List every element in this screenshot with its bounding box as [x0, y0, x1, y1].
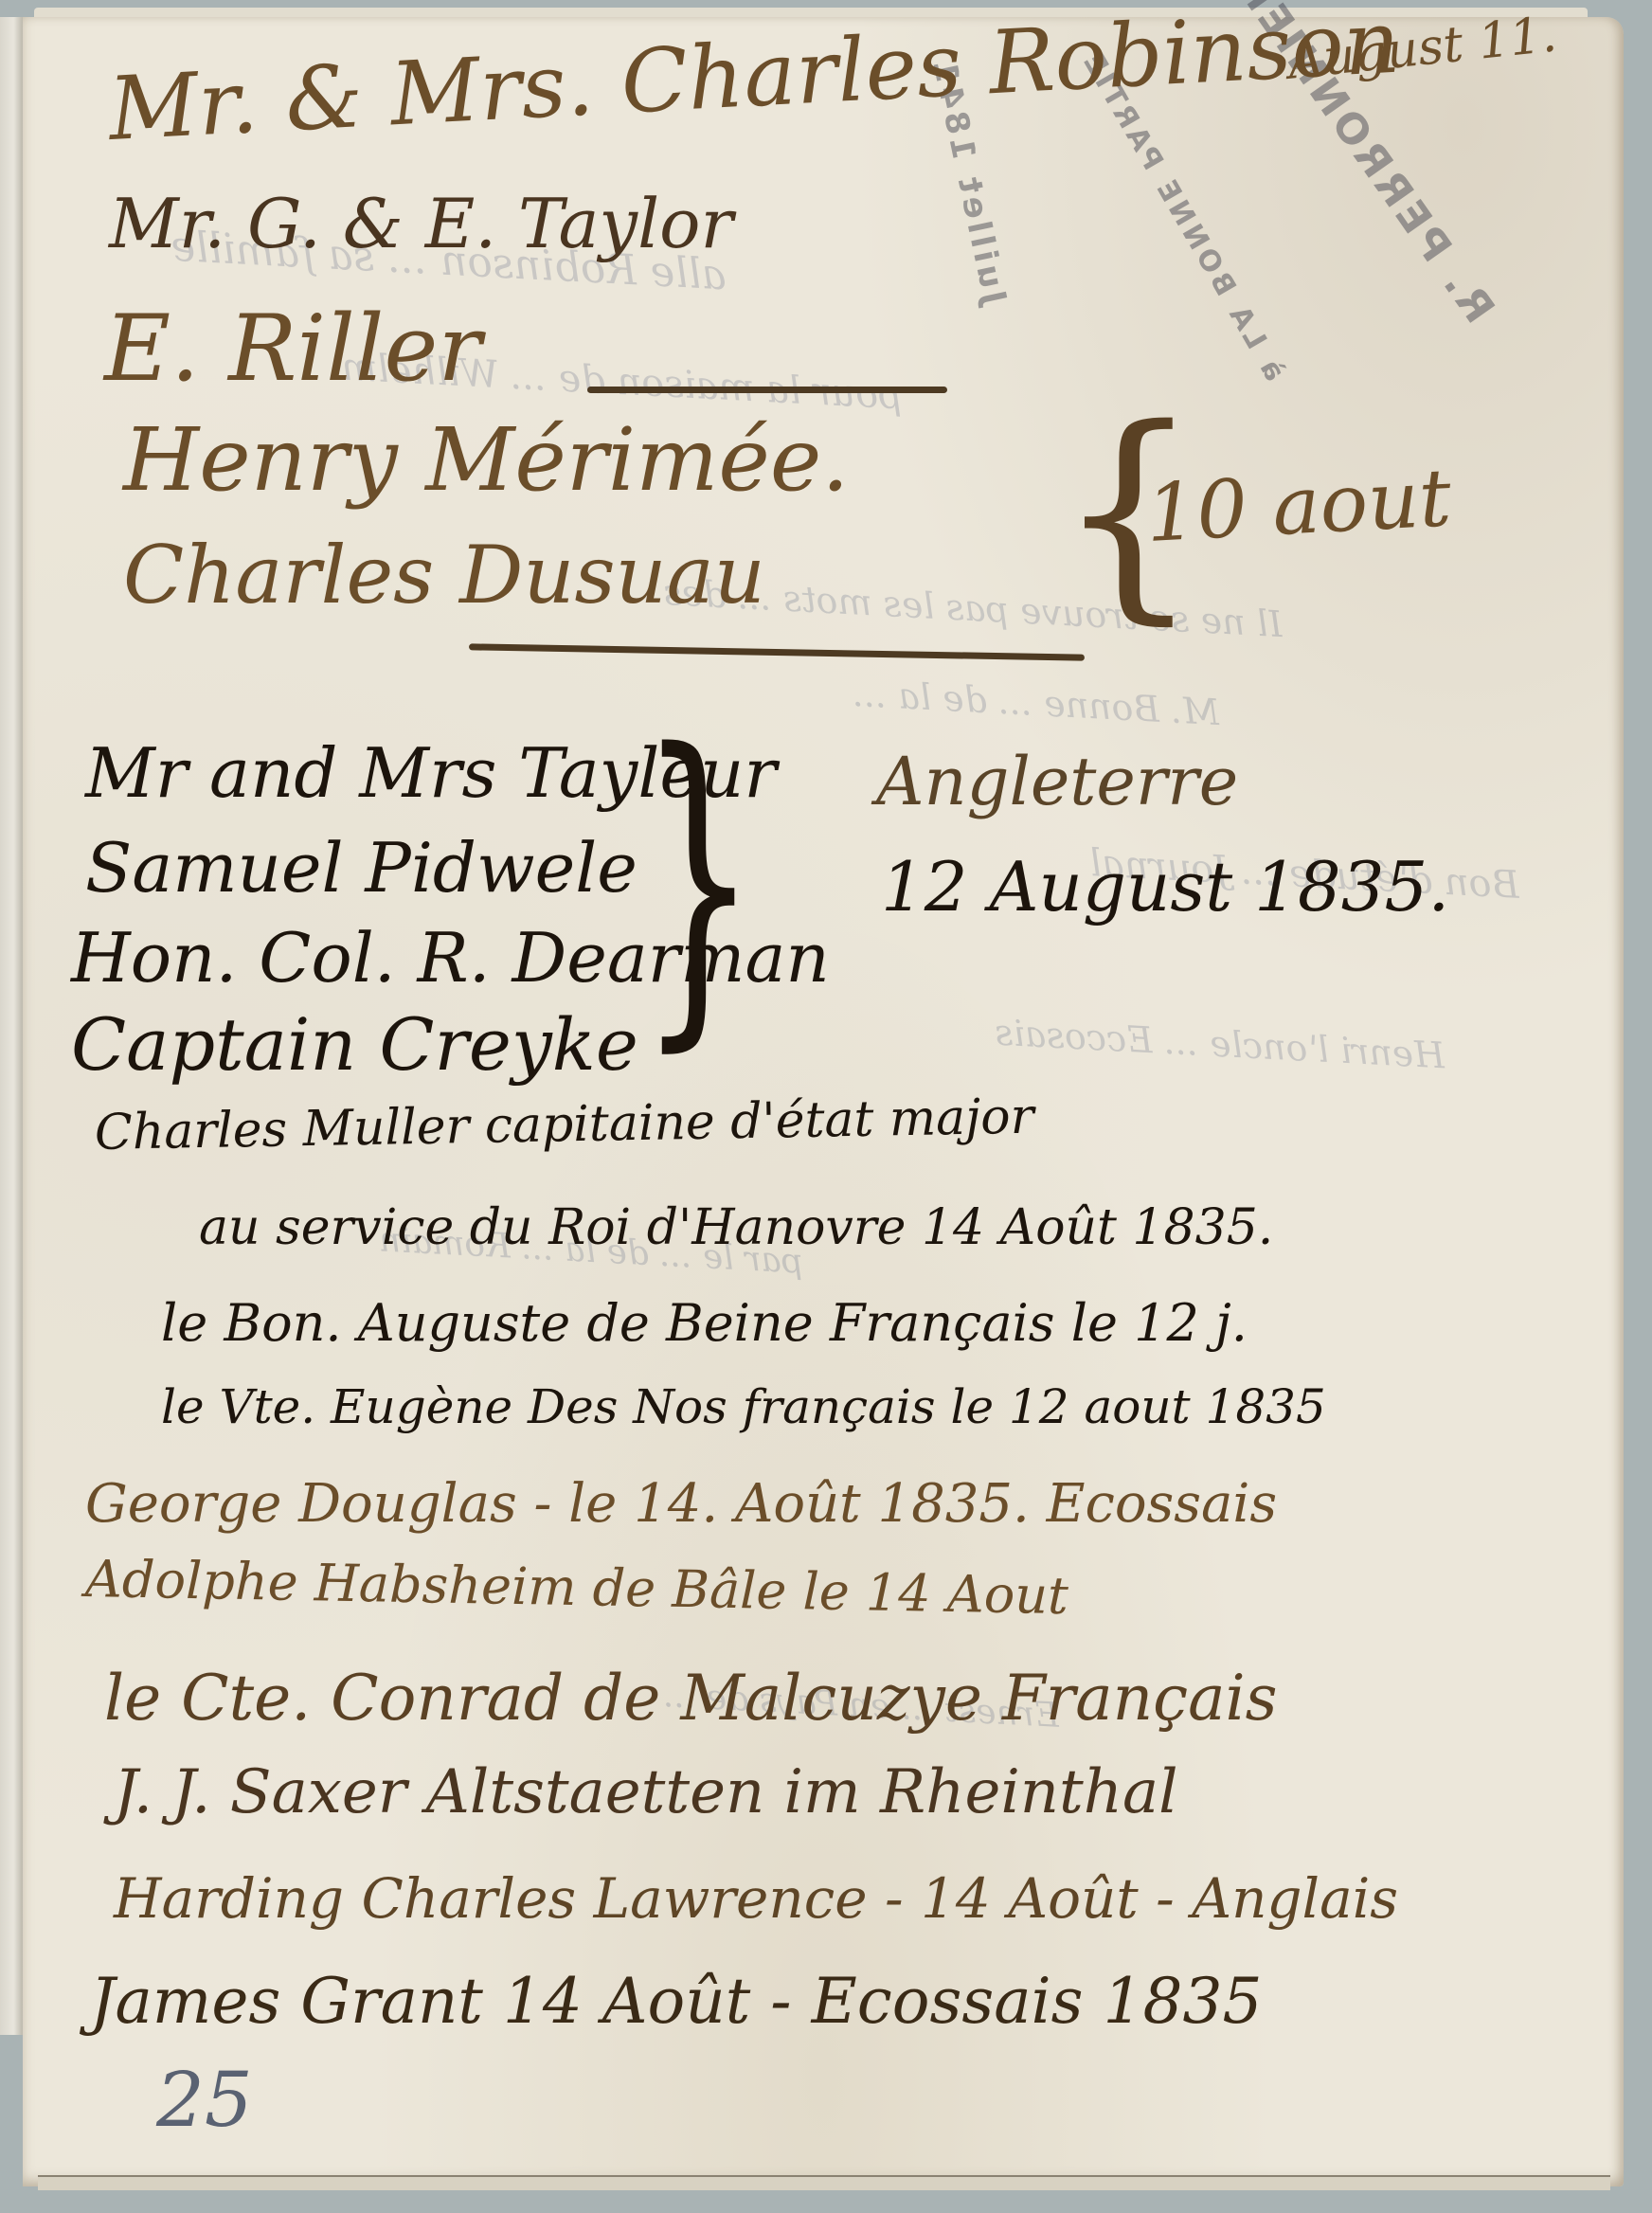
group-date: 12 August 1835. [881, 853, 1449, 921]
closing-brace: { [638, 711, 758, 1052]
underline-rule [587, 387, 947, 393]
register-entry: Mr. G. & E. Taylor [109, 189, 733, 258]
page-bottom-edge [38, 2175, 1610, 2190]
group-member: Samuel Pidwele [85, 834, 637, 902]
register-entry: Charles Dusuau [123, 535, 765, 615]
group-country: Angleterre [876, 748, 1238, 815]
register-entry: Harding Charles Lawrence - 14 Août - Ang… [114, 1871, 1398, 1926]
register-entry: Henry Mérimée. [123, 417, 850, 504]
register-entry: le Bon. Auguste de Beine Français le 12 … [161, 1298, 1248, 1349]
register-entry: J. J. Saxer Altstaetten im Rheinthal [114, 1762, 1178, 1823]
page-number: 25 [156, 2056, 253, 2144]
register-entry: James Grant 14 Août - Ecossais 1835 [90, 1970, 1262, 2033]
register-entry: E. Riller [104, 303, 481, 394]
register-entry: le Cte. Conrad de Malcuzye Français [104, 1667, 1277, 1730]
left-page-edge [0, 17, 25, 2035]
group-member: Captain Creyke [71, 1009, 638, 1081]
group-date: 10 aout [1144, 458, 1453, 553]
register-entry: George Douglas - le 14. Août 1835. Ecoss… [85, 1478, 1277, 1531]
register-entry: le Vte. Eugène Des Nos français le 12 ao… [161, 1383, 1326, 1430]
register-entry: au service du Roi d'Hanovre 14 Août 1835… [199, 1203, 1273, 1252]
